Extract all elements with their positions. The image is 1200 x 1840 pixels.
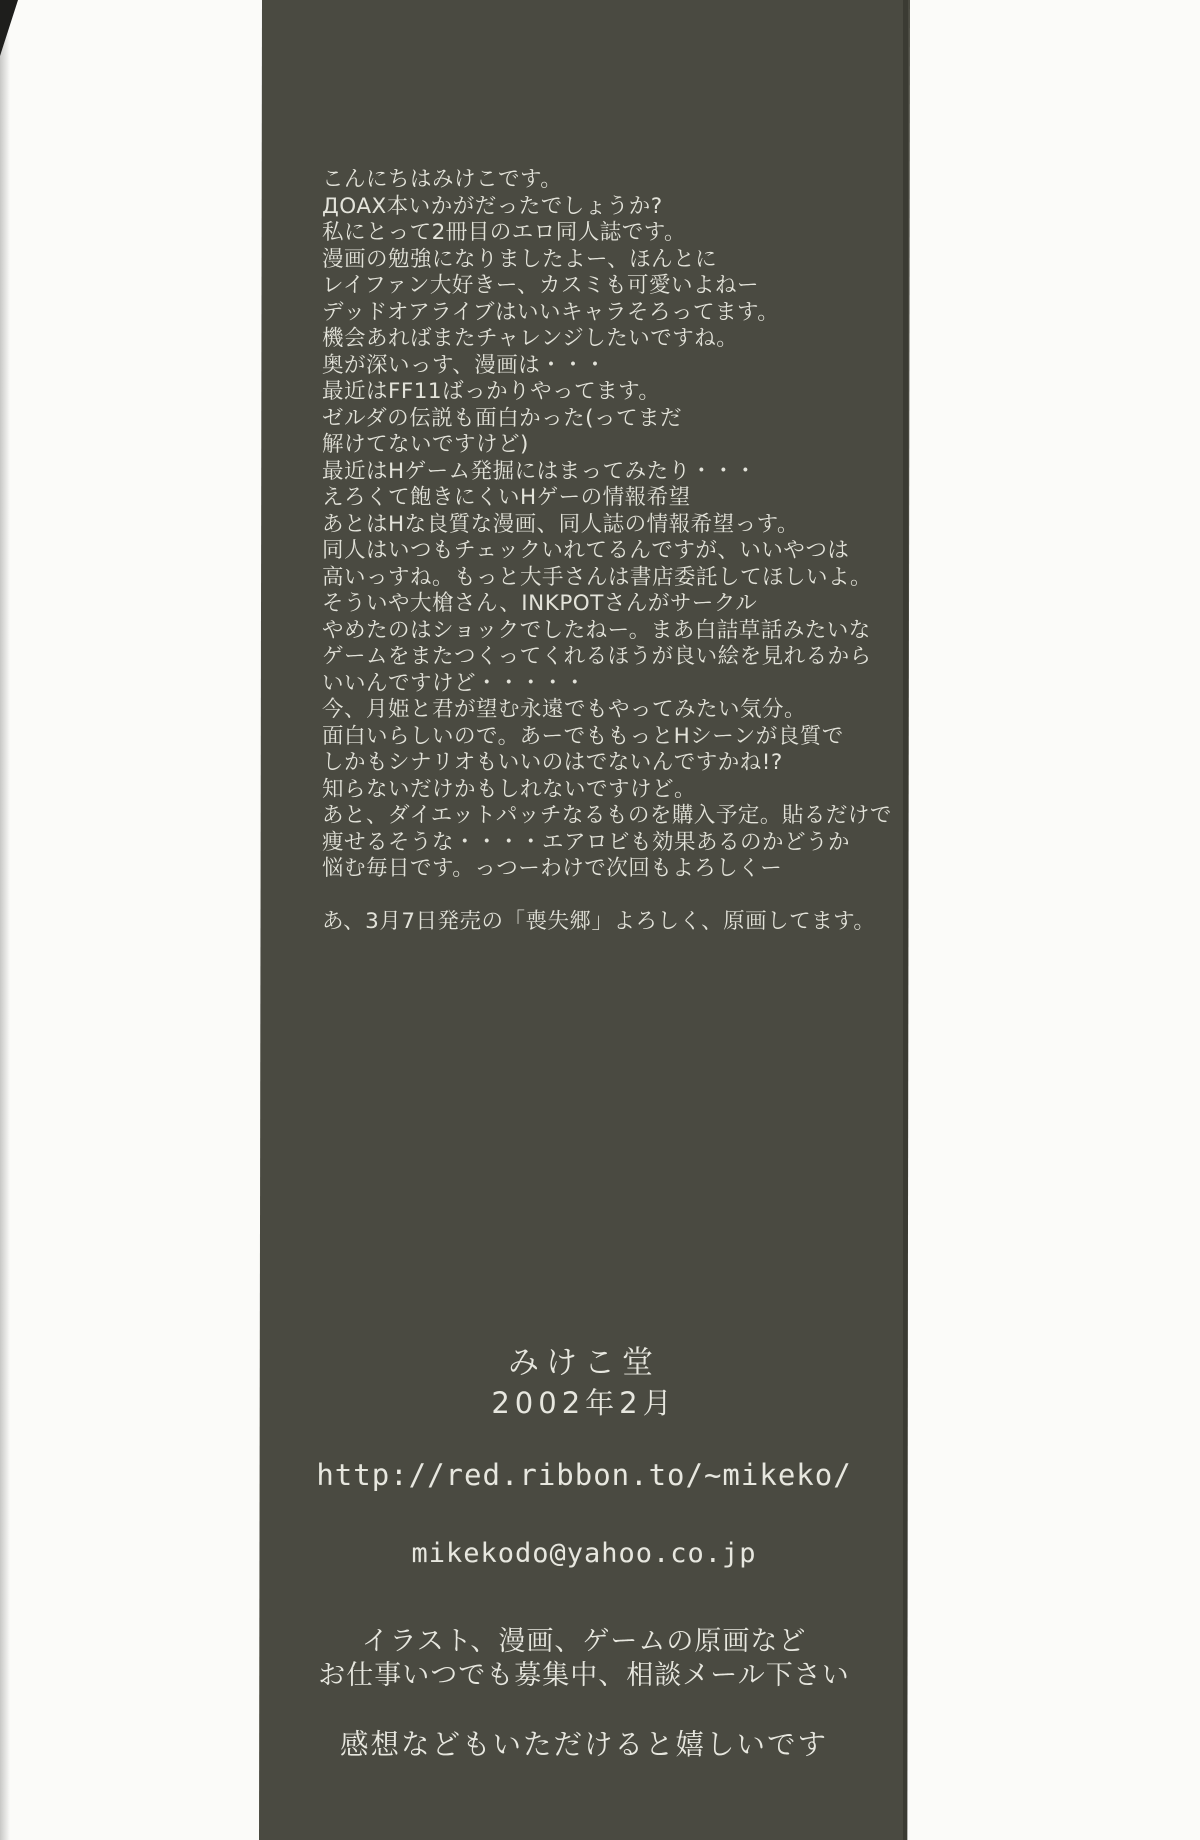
afterword-line: ДOAX本いかがだったでしょうか? — [322, 194, 922, 221]
afterword-line: 痩せるそうな・・・・エアロビも効果あるのかどうか — [322, 830, 922, 857]
afterword-line-blank — [322, 883, 922, 910]
afterword-line: 漫画の勉強になりましたよー、ほんとに — [322, 247, 922, 274]
afterword-text-block: こんにちはみけこです。 ДOAX本いかがだったでしょうか? 私にとって2冊目のエ… — [322, 167, 922, 936]
afterword-line: 悩む毎日です。っつーわけで次回もよろしくー — [322, 856, 922, 883]
contact-email: mikekodo@yahoo.co.jp — [260, 1538, 908, 1569]
afterword-line: 解けてないですけど) — [322, 432, 922, 459]
afterword-line: 奥が深いっす、漫画は・・・ — [322, 353, 922, 380]
work-recruit-line-2: お仕事いつでも募集中、相談メール下さい — [260, 1653, 908, 1692]
afterword-line: デッドオアライブはいいキャラそろってます。 — [322, 300, 922, 327]
afterword-line: レイファン大好きー、カスミも可愛いよねー — [322, 273, 922, 300]
afterword-line: あと、ダイエットパッチなるものを購入予定。貼るだけで — [322, 803, 922, 830]
afterword-line: しかもシナリオもいいのはでないんですかね!? — [322, 750, 922, 777]
afterword-line: 同人はいつもチェックいれてるんですが、いいやつは — [322, 538, 922, 565]
afterword-line: いいんですけど・・・・・ — [322, 671, 922, 698]
afterword-line: 高いっすね。もっと大手さんは書店委託してほしいよ。 — [322, 565, 922, 592]
scan-left-edge-artifact — [0, 0, 10, 1840]
feedback-request-line: 感想などもいただけると嬉しいです — [260, 1722, 908, 1763]
afterword-line: ゼルダの伝説も面白かった(ってまだ — [322, 406, 922, 433]
afterword-line: 私にとって2冊目のエロ同人誌です。 — [322, 220, 922, 247]
afterword-line: 最近はHゲーム発掘にはまってみたり・・・ — [322, 459, 922, 486]
afterword-line: 面白いらしいので。あーでももっとHシーンが良質で — [322, 724, 922, 751]
publication-date: 2002年2月 — [260, 1381, 908, 1422]
afterword-line: 今、月姫と君が望む永遠でもやってみたい気分。 — [322, 697, 922, 724]
afterword-line: あ、3月7日発売の「喪失郷」よろしく、原画してます。 — [322, 909, 922, 936]
afterword-line: えろくて飽きにくいHゲーの情報希望 — [322, 485, 922, 512]
afterword-line: 最近はFF11ばっかりやってます。 — [322, 379, 922, 406]
afterword-line: 知らないだけかもしれないですけど。 — [322, 777, 922, 804]
website-url: http://red.ribbon.to/~mikeko/ — [260, 1458, 908, 1492]
afterword-line: あとはHな良質な漫画、同人誌の情報希望っす。 — [322, 512, 922, 539]
afterword-line: こんにちはみけこです。 — [322, 167, 922, 194]
afterword-line: 機会あればまたチャレンジしたいですね。 — [322, 326, 922, 353]
afterword-line: ゲームをまたつくってくれるほうが良い絵を見れるから — [322, 644, 922, 671]
afterword-line: やめたのはショックでしたねー。まあ白詰草話みたいな — [322, 618, 922, 645]
circle-name: みけこ堂 — [260, 1337, 908, 1382]
afterword-line: そういや大槍さん、INKPOTさんがサークル — [322, 591, 922, 618]
